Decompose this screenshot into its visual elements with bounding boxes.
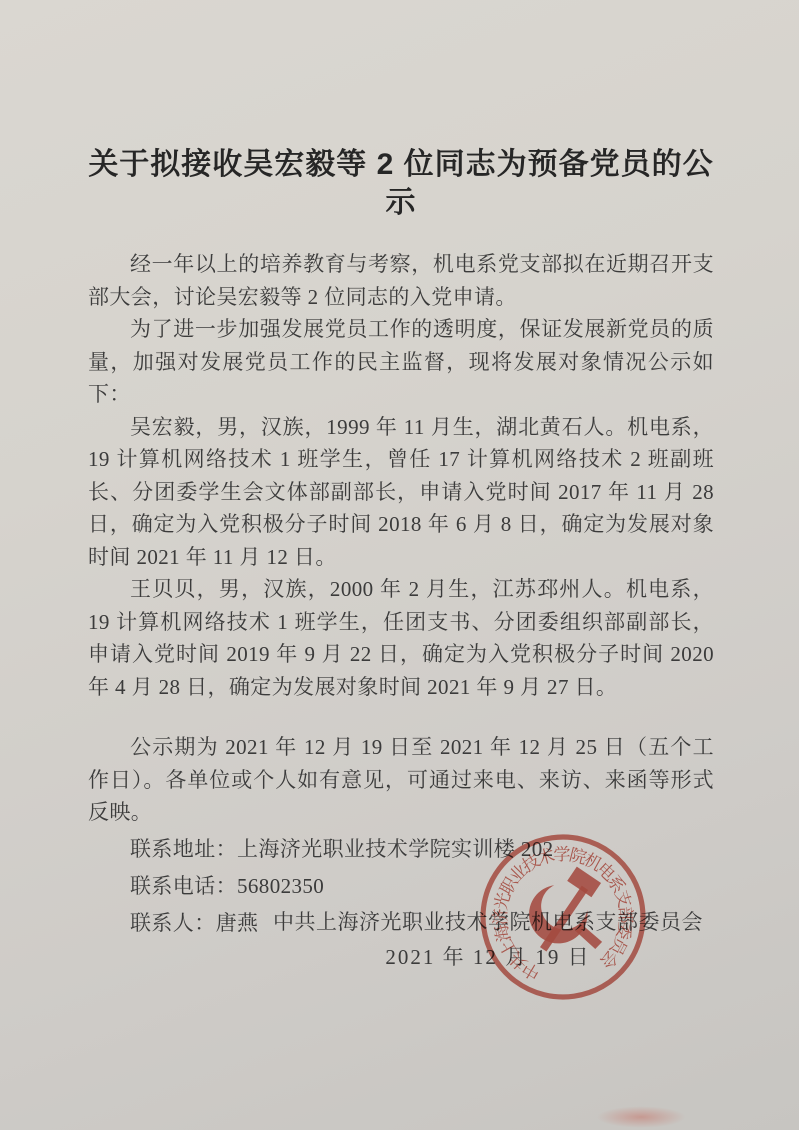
signature-org: 中共上海济光职业技术学院机电系支部委员会 [273,906,703,939]
paragraph-purpose: 为了进一步加强发展党员工作的透明度，保证发展新党员的质量，加强对发展党员工作的民… [88,313,714,411]
signature-block: 中共上海济光职业技术学院机电系支部委员会 2021 年 12 月 19 日 [273,906,703,975]
seal-ink-smudge [596,1106,686,1128]
contact-phone: 联系电话：56802350 [88,868,714,905]
document-page: 关于拟接收吴宏毅等 2 位同志为预备党员的公示 经一年以上的培养教育与考察，机电… [0,0,799,1130]
paragraph-candidate-2: 王贝贝，男，汉族，2000 年 2 月生，江苏邳州人。机电系，19 计算机网络技… [88,573,714,703]
contact-address: 联系地址：上海济光职业技术学院实训楼 202 [88,831,714,868]
paragraph-intro: 经一年以上的培养教育与考察，机电系党支部拟在近期召开支部大会，讨论吴宏毅等 2 … [88,248,714,313]
paragraph-candidate-1: 吴宏毅，男，汉族，1999 年 11 月生，湖北黄石人。机电系，19 计算机网络… [88,411,714,574]
paragraph-publicity-period: 公示期为 2021 年 12 月 19 日至 2021 年 12 月 25 日（… [88,731,714,829]
signature-date: 2021 年 12 月 19 日 [273,939,703,975]
page-title: 关于拟接收吴宏毅等 2 位同志为预备党员的公示 [88,0,714,222]
